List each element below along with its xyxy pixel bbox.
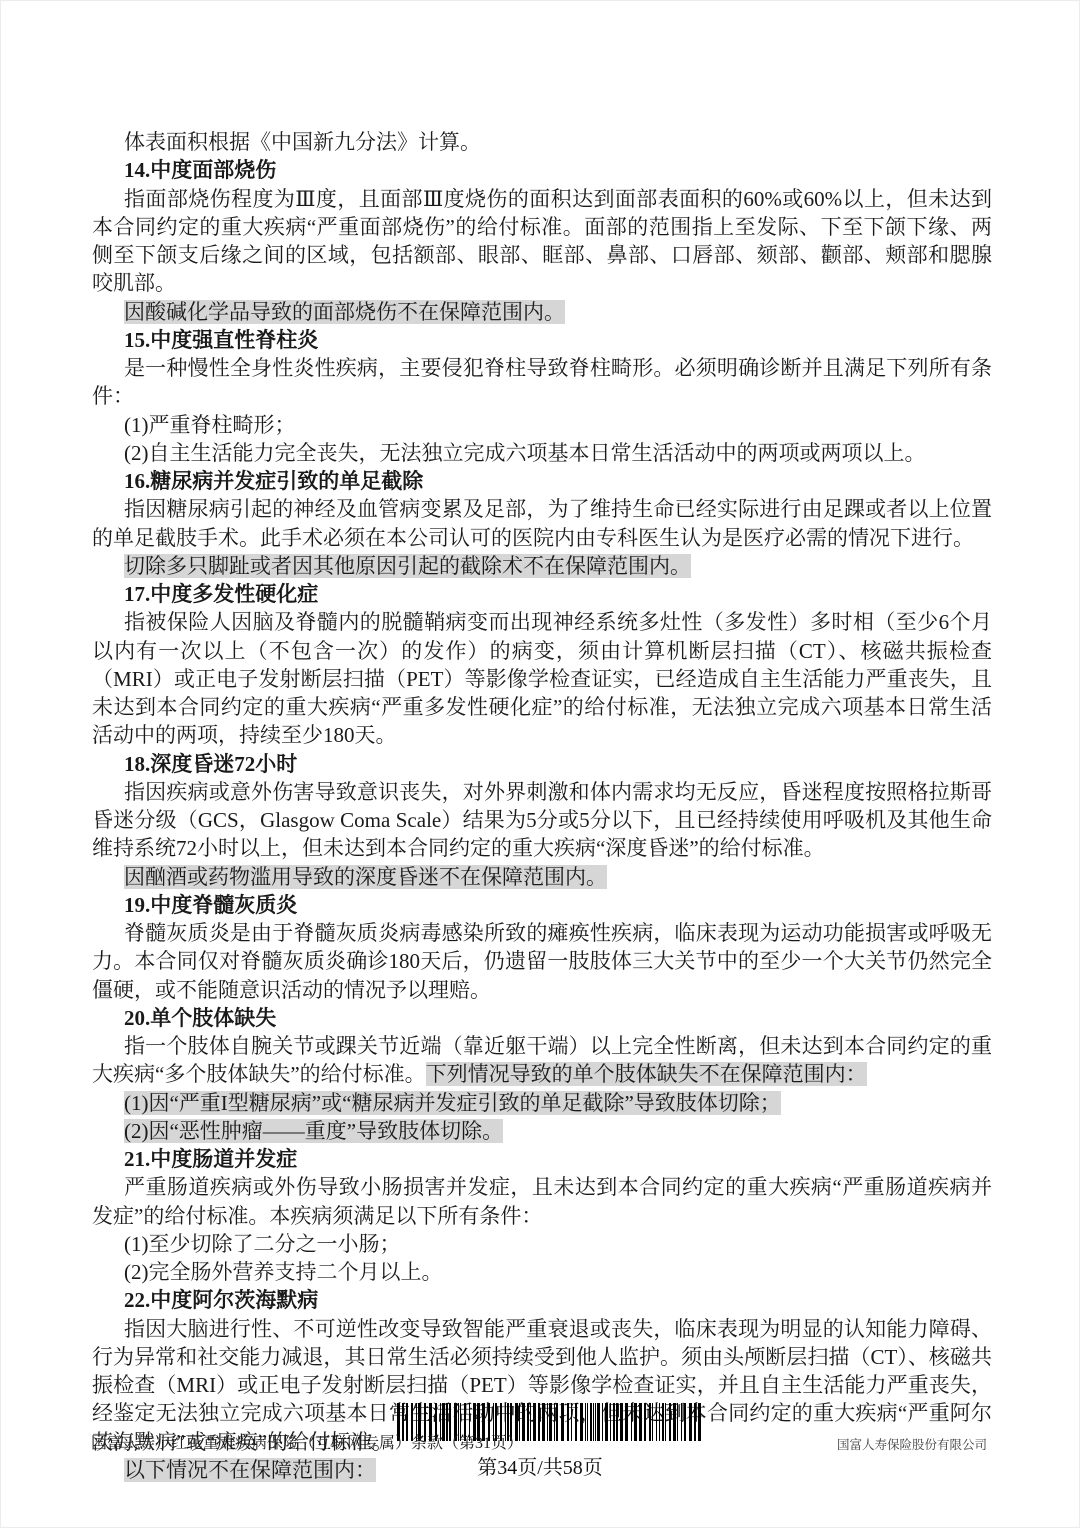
exclusion-highlight: 切除多只脚趾或者因其他原因引起的截除术不在保障范围内。	[124, 554, 691, 578]
text-run: 指面部烧伤程度为Ⅲ度，且面部Ⅲ度烧伤的面积达到面部表面积的60%或60%以上，但…	[92, 187, 992, 296]
text-run: 18.深度昏迷72小时	[124, 752, 297, 776]
body-paragraph: 指因疾病或意外伤害导致意识丧失，对外界刺激和体内需求均无反应，昏迷程度按照格拉斯…	[92, 778, 992, 863]
policy-document-page: 体表面积根据《中国新九分法》计算。14.中度面部烧伤指面部烧伤程度为Ⅲ度，且面部…	[0, 0, 1080, 1528]
section-heading: 14.中度面部烧伤	[92, 156, 992, 184]
section-heading: 18.深度昏迷72小时	[92, 750, 992, 778]
exclusion-highlight: (2)因“恶性肿瘤——重度”导致肢体切除。	[124, 1119, 503, 1143]
body-paragraph: 脊髓灰质炎是由于脊髓灰质炎病毒感染所致的瘫痪性疾病，临床表现为运动功能损害或呼吸…	[92, 919, 992, 1004]
section-heading: 20.单个肢体缺失	[92, 1004, 992, 1032]
body-paragraph: (1)严重脊柱畸形；	[92, 411, 992, 439]
text-run: 20.单个肢体缺失	[124, 1006, 276, 1030]
section-heading: 19.中度脊髓灰质炎	[92, 891, 992, 919]
text-run: 17.中度多发性硬化症	[124, 582, 318, 606]
section-heading: 17.中度多发性硬化症	[92, 580, 992, 608]
barcode-bar	[698, 1403, 701, 1441]
body-paragraph: 严重肠道疾病或外伤导致小肠损害并发症，且未达到本合同约定的重大疾病“严重肠道疾病…	[92, 1173, 992, 1230]
exclusion-paragraph: (1)因“严重I型糖尿病”或“糖尿病并发症引致的单足截除”导致肢体切除；	[92, 1089, 992, 1117]
body-paragraph: 指一个肢体自腕关节或踝关节近端（靠近躯干端）以上完全性断离，但未达到本合同约定的…	[92, 1032, 992, 1089]
body-paragraph: 体表面积根据《中国新九分法》计算。	[92, 128, 992, 156]
body-paragraph: (2)完全肠外营养支持二个月以上。	[92, 1258, 992, 1286]
text-run: 19.中度脊髓灰质炎	[124, 893, 297, 917]
body-paragraph: 指面部烧伤程度为Ⅲ度，且面部Ⅲ度烧伤的面积达到面部表面积的60%或60%以上，但…	[92, 185, 992, 298]
section-heading: 21.中度肠道并发症	[92, 1145, 992, 1173]
text-run: 指因疾病或意外伤害导致意识丧失，对外界刺激和体内需求均无反应，昏迷程度按照格拉斯…	[92, 780, 992, 861]
page-number: 第34页/共58页	[1, 1451, 1079, 1480]
exclusion-highlight: 因酗酒或药物滥用导致的深度昏迷不在保障范围内。	[124, 865, 607, 889]
text-run: 严重肠道疾病或外伤导致小肠损害并发症，且未达到本合同约定的重大疾病“严重肠道疾病…	[92, 1175, 992, 1227]
section-heading: 16.糖尿病并发症引致的单足截除	[92, 467, 992, 495]
exclusion-highlight: 下列情况导致的单个肢体缺失不在保障范围内：	[426, 1062, 867, 1086]
text-run: 体表面积根据《中国新九分法》计算。	[124, 130, 481, 154]
section-heading: 15.中度强直性脊柱炎	[92, 326, 992, 354]
section-heading: 22.中度阿尔茨海默病	[92, 1286, 992, 1314]
exclusion-paragraph: 切除多只脚趾或者因其他原因引起的截除术不在保障范围内。	[92, 552, 992, 580]
text-run: 15.中度强直性脊柱炎	[124, 328, 318, 352]
text-run: 22.中度阿尔茨海默病	[124, 1288, 318, 1312]
text-run: 脊髓灰质炎是由于脊髓灰质炎病毒感染所致的瘫痪性疾病，临床表现为运动功能损害或呼吸…	[92, 921, 992, 1002]
body-paragraph: 是一种慢性全身性炎性疾病，主要侵犯脊柱导致脊柱畸形。必须明确诊断并且满足下列所有…	[92, 354, 992, 411]
body-paragraph: 指被保险人因脑及脊髓内的脱髓鞘病变而出现神经系统多灶性（多发性）多时相（至少6个…	[92, 608, 992, 749]
text-run: 16.糖尿病并发症引致的单足截除	[124, 469, 423, 493]
text-run: 指因糖尿病引起的神经及血管病变累及足部，为了维持生命已经实际进行由足踝或者以上位…	[92, 497, 992, 549]
text-run: 14.中度面部烧伤	[124, 158, 276, 182]
exclusion-paragraph: 因酸碱化学品导致的面部烧伤不在保障范围内。	[92, 298, 992, 326]
exclusion-paragraph: 因酗酒或药物滥用导致的深度昏迷不在保障范围内。	[92, 863, 992, 891]
body-paragraph: 指因糖尿病引起的神经及血管病变累及足部，为了维持生命已经实际进行由足踝或者以上位…	[92, 495, 992, 552]
exclusion-highlight: 因酸碱化学品导致的面部烧伤不在保障范围内。	[124, 300, 565, 324]
text-run: 指被保险人因脑及脊髓内的脱髓鞘病变而出现神经系统多灶性（多发性）多时相（至少6个…	[92, 610, 992, 747]
text-run: (2)自主生活能力完全丧失，无法独立完成六项基本日常生活活动中的两项或两项以上。	[124, 441, 925, 465]
text-run: 21.中度肠道并发症	[124, 1147, 297, 1171]
exclusion-paragraph: (2)因“恶性肿瘤——重度”导致肢体切除。	[92, 1117, 992, 1145]
document-body: 体表面积根据《中国新九分法》计算。14.中度面部烧伤指面部烧伤程度为Ⅲ度，且面部…	[92, 128, 992, 1484]
exclusion-highlight: (1)因“严重I型糖尿病”或“糖尿病并发症引致的单足截除”导致肢体切除；	[124, 1091, 781, 1115]
text-run: (1)至少切除了二分之一小肠；	[124, 1232, 401, 1256]
body-paragraph: (1)至少切除了二分之一小肠；	[92, 1230, 992, 1258]
body-paragraph: (2)自主生活能力完全丧失，无法独立完成六项基本日常生活活动中的两项或两项以上。	[92, 439, 992, 467]
text-run: (2)完全肠外营养支持二个月以上。	[124, 1260, 443, 1284]
text-run: (1)严重脊柱畸形；	[124, 413, 296, 437]
text-run: 是一种慢性全身性炎性疾病，主要侵犯脊柱导致脊柱畸形。必须明确诊断并且满足下列所有…	[92, 356, 992, 408]
footer-document-title: 国富人寿小红花重大疾病保险（互联网专属）条款（第31页）	[91, 1430, 523, 1453]
